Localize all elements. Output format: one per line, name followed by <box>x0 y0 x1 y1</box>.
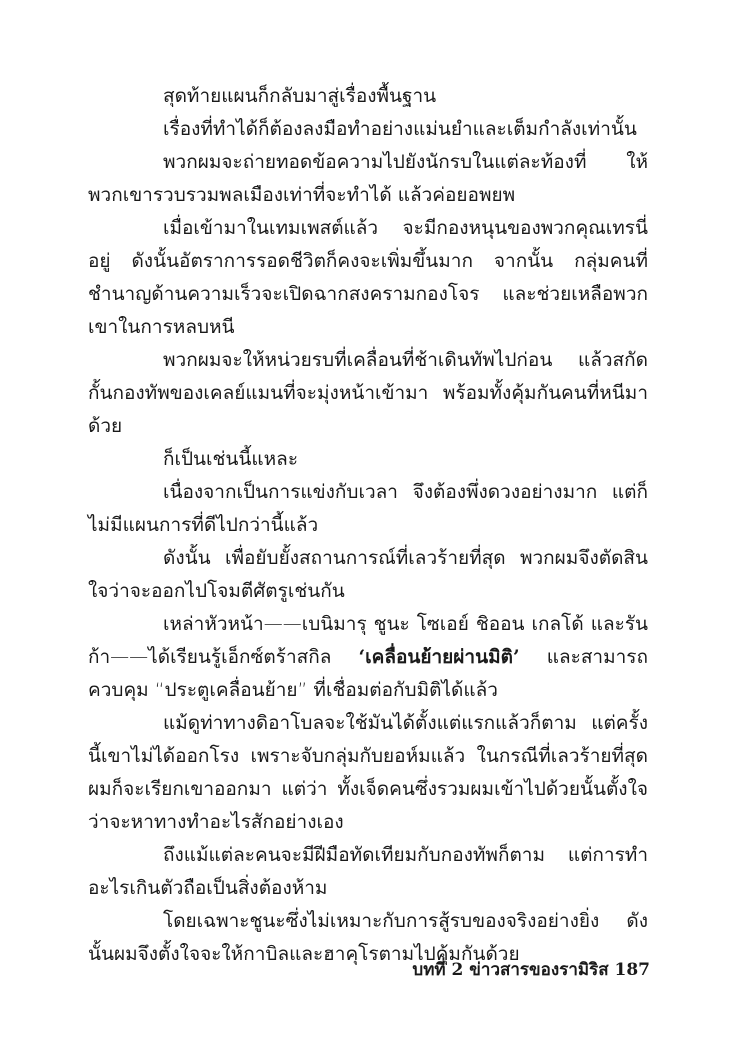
page-footer: บทที่ 2 ข่าวสารของรามิริส 187 <box>380 956 650 983</box>
paragraph: ดังนั้น เพื่อยับยั้งสถานการณ์ที่เลวร้ายท… <box>88 542 648 608</box>
paragraph: เมื่อเข้ามาในเทมเพสต์แล้ว จะมีกองหนุนของ… <box>88 212 648 344</box>
paragraph: ถึงแม้แต่ละคนจะมีฝีมือทัดเทียมกับกองทัพก… <box>88 839 648 905</box>
paragraph-skill: เหล่าหัวหน้า——เบนิมารุ ชูนะ โซเอย์ ชิออน… <box>88 608 648 707</box>
paragraph: พวกผมจะให้หน่วยรบที่เคลื่อนที่ช้าเดินทัพ… <box>88 344 648 443</box>
paragraph: ก็เป็นเช่นนี้แหละ <box>88 443 648 476</box>
page-number: 187 <box>615 960 651 980</box>
page-body: สุดท้ายแผนก็กลับมาสู่เรื่องพื้นฐาน เรื่อ… <box>88 80 648 971</box>
paragraph: พวกผมจะถ่ายทอดข้อความไปยังนักรบในแต่ละท้… <box>88 146 648 212</box>
paragraph: สุดท้ายแผนก็กลับมาสู่เรื่องพื้นฐาน <box>88 80 648 113</box>
skill-name: ‘เคลื่อนย้ายผ่านมิติ’ <box>359 646 520 668</box>
paragraph: แม้ดูท่าทางดิอาโบลจะใช้มันได้ตั้งแต่แรกแ… <box>88 707 648 839</box>
paragraph: เรื่องที่ทำได้ก็ต้องลงมือทำอย่างแม่นยำแล… <box>88 113 648 146</box>
paragraph: เนื่องจากเป็นการแข่งกับเวลา จึงต้องพึ่งด… <box>88 476 648 542</box>
chapter-title: บทที่ 2 ข่าวสารของรามิริส <box>412 960 608 980</box>
